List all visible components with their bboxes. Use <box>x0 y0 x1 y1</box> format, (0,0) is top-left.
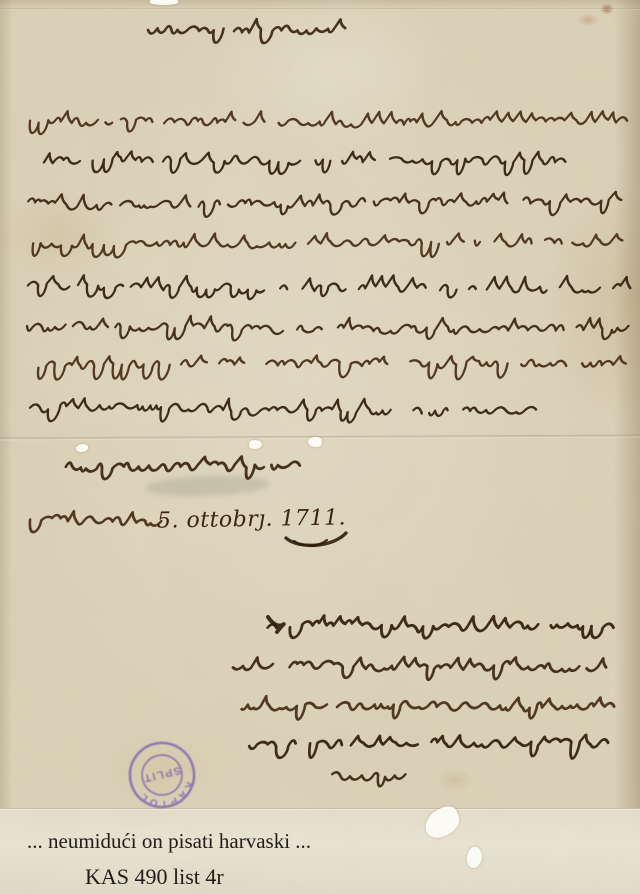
handwriting-body-line <box>42 151 567 175</box>
handwriting-layer <box>0 0 640 894</box>
handwriting-signature-line <box>240 696 616 719</box>
caption-transcription-line: ... neumidući on pisati harvaski ... <box>27 829 311 854</box>
stamp-center-text: SPLIT <box>141 764 182 784</box>
handwriting-body-line <box>24 316 630 341</box>
handwriting-flourish <box>286 533 346 545</box>
handwriting-body-line <box>26 275 633 299</box>
handwriting-date-line <box>28 511 163 532</box>
handwriting-closing-line <box>64 457 302 479</box>
handwriting-body-line <box>31 233 624 257</box>
handwriting-body-line <box>36 355 627 379</box>
handwriting-body-line <box>27 398 538 422</box>
caption-shelfmark: KAS 490 list 4r <box>85 864 224 890</box>
handwriting-signature-line <box>330 772 406 786</box>
handwriting-signature-line <box>231 657 608 680</box>
handwriting-body-line <box>26 192 623 217</box>
handwriting-body-line <box>28 111 629 134</box>
handwriting-heading-line <box>146 19 347 43</box>
date-legible-text: 5. ottobrȷ. 1711. <box>157 505 346 533</box>
handwriting-signature-line <box>247 735 610 759</box>
manuscript-page: 5. ottobrȷ. 1711. KAPTOL SPLIT ... neumi… <box>0 0 640 894</box>
handwriting-signature-line <box>266 616 616 639</box>
